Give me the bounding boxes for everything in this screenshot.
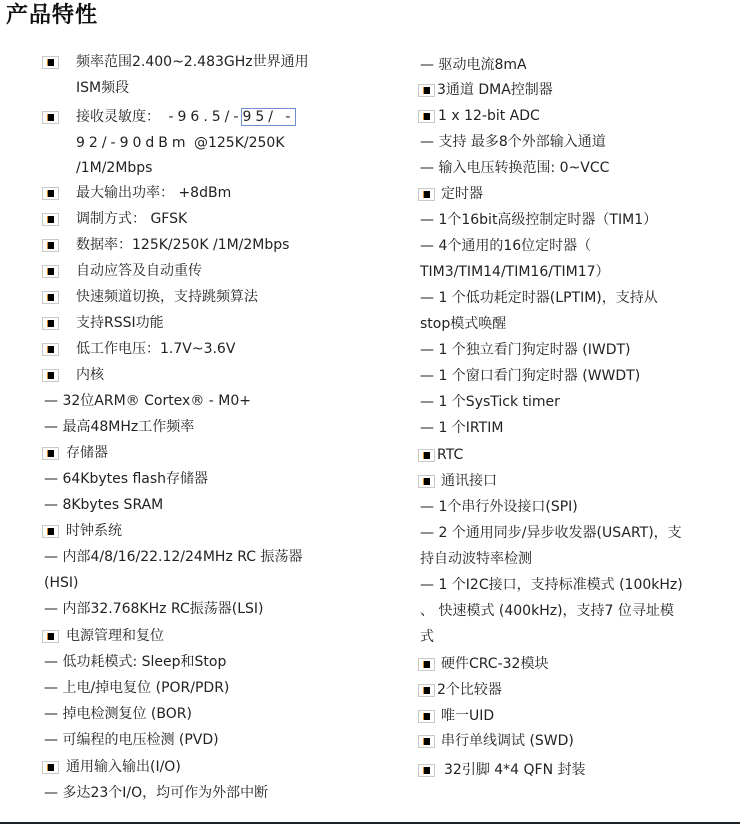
feature-comm-i2c-cont2: 式 [420, 627, 434, 647]
feature-timer-wwdt: — 1 个窗口看门狗定时器 (WWDT) [420, 366, 640, 386]
bullet-icon [42, 56, 59, 69]
feature-timer-iwdt: — 1 个独立看门狗定时器 (IWDT) [420, 340, 631, 360]
bullet-icon [418, 658, 435, 671]
bullet-icon [42, 630, 59, 643]
bullet-icon [42, 761, 59, 774]
bullet-icon [418, 735, 435, 748]
feature-power: 电源管理和复位 [66, 626, 164, 646]
feature-sensitivity-cont: 92/-90dBm @125K/250K [76, 133, 285, 153]
bullet-icon [418, 188, 435, 201]
feature-frequency: 频率范围2.400~2.483GHz世界通用 [76, 52, 309, 72]
sensitivity-label: 接收灵敏度： [76, 109, 160, 125]
bullet-icon [42, 525, 59, 538]
feature-timer-lptim-cont: stop模式唤醒 [420, 314, 506, 334]
sensitivity-rate: @125K/250K [190, 135, 285, 151]
bullet-icon [418, 110, 435, 123]
feature-timer-general-cont: TIM3/TIM14/TIM16/TIM17） [420, 262, 610, 282]
feature-sensitivity: 接收灵敏度： -96.5/-95/ - [76, 107, 295, 127]
bullet-icon [418, 475, 435, 488]
feature-timer-lptim: — 1 个低功耗定时器(LPTIM)，支持从 [420, 288, 658, 308]
feature-comm-i2c: — 1 个I2C接口，支持标准模式 (100kHz) [420, 575, 683, 595]
feature-timer-tim1: — 1个16bit高级控制定时器（TIM1） [420, 210, 657, 230]
bullet-icon [42, 447, 59, 460]
feature-voltage: 低工作电压：1.7V~3.6V [76, 339, 235, 359]
feature-adc-channels: — 支持 最多8个外部输入通道 [420, 132, 606, 152]
feature-swd: 串行单线调试 (SWD) [441, 731, 574, 751]
bullet-icon [418, 84, 435, 97]
bullet-icon [42, 265, 59, 278]
feature-drive-current: — 驱动电流8mA [420, 55, 527, 75]
feature-clock-lsi: — 内部32.768KHz RC振荡器(LSI) [44, 599, 264, 619]
feature-memory: 存储器 [66, 443, 108, 463]
feature-comm-usart-cont: 持自动波特率检测 [420, 549, 532, 569]
bullet-icon [418, 764, 435, 777]
feature-rssi: 支持RSSI功能 [76, 313, 164, 333]
feature-sensitivity-cont2: /1M/2Mbps [76, 158, 152, 178]
feature-timer-systick: — 1 个SysTick timer [420, 392, 560, 412]
feature-core-freq: — 最高48MHz工作频率 [44, 417, 194, 437]
feature-timer-irtim: — 1 个IRTIM [420, 418, 503, 438]
feature-crc: 硬件CRC-32模块 [441, 654, 548, 674]
feature-core-arm: — 32位ARM® Cortex® - M0+ [44, 391, 251, 411]
page-title: 产品特性 [6, 0, 98, 29]
feature-power-lowpower: — 低功耗模式: Sleep和Stop [44, 652, 226, 672]
feature-adc-range: — 输入电压转换范围: 0~VCC [420, 158, 609, 178]
feature-power-pvd: — 可编程的电压检测 (PVD) [44, 730, 219, 750]
feature-rtc: RTC [437, 445, 463, 465]
bullet-icon [42, 239, 59, 252]
feature-data-rate: 数据率：125K/250K /1M/2Mbps [76, 235, 289, 255]
feature-power-por: — 上电/掉电复位 (POR/PDR) [44, 678, 229, 698]
feature-power-bor: — 掉电检测复位 (BOR) [44, 704, 192, 724]
feature-comm: 通讯接口 [441, 471, 497, 491]
feature-clock-hsi: — 内部4/8/16/22.12/24MHz RC 振荡器 [44, 547, 303, 567]
feature-package: 32引脚 4*4 QFN 封装 [444, 760, 586, 780]
feature-channel-switch: 快速频道切换，支持跳频算法 [76, 287, 258, 307]
bullet-icon [418, 710, 435, 723]
feature-dma: 3通道 DMA控制器 [437, 80, 553, 100]
text-selection[interactable]: 95/ - [242, 109, 294, 125]
feature-uid: 唯一UID [441, 706, 494, 726]
bullet-icon [42, 343, 59, 356]
sensitivity-value: -96.5/- [160, 109, 242, 125]
feature-memory-sram: — 8Kbytes SRAM [44, 495, 163, 515]
bullet-icon [418, 449, 435, 462]
feature-gpio-count: — 多达23个I/O，均可作为外部中断 [44, 783, 268, 803]
sensitivity-value: 92/-90dBm [76, 135, 190, 151]
bullet-icon [42, 369, 59, 382]
feature-timer-general: — 4个通用的16位定时器（ [420, 236, 591, 256]
bullet-icon [42, 317, 59, 330]
feature-gpio: 通用输入输出(I/O) [66, 757, 181, 777]
bullet-icon [42, 187, 59, 200]
feature-comm-usart: — 2 个通用同步/异步收发器(USART)，支 [420, 523, 682, 543]
feature-output-power: 最大输出功率： +8dBm [76, 183, 231, 203]
feature-frequency-cont: ISM频段 [76, 78, 129, 98]
feature-comm-spi: — 1个串行外设接口(SPI) [420, 497, 578, 517]
feature-comparators: 2个比较器 [437, 680, 502, 700]
feature-clock: 时钟系统 [66, 521, 122, 541]
bullet-icon [42, 291, 59, 304]
feature-comm-i2c-cont: 、 快速模式 (400kHz)，支持7 位寻址模 [420, 601, 674, 621]
feature-memory-flash: — 64Kbytes flash存储器 [44, 469, 208, 489]
feature-core: 内核 [76, 365, 104, 385]
bullet-icon [42, 213, 59, 226]
bullet-icon [42, 111, 59, 124]
feature-modulation: 调制方式： GFSK [76, 209, 187, 229]
feature-timers: 定时器 [441, 184, 483, 204]
bullet-icon [418, 684, 435, 697]
feature-adc: 1 x 12-bit ADC [438, 106, 540, 126]
feature-auto-ack: 自动应答及自动重传 [76, 261, 202, 281]
feature-clock-hsi-cont: (HSI) [44, 573, 78, 593]
